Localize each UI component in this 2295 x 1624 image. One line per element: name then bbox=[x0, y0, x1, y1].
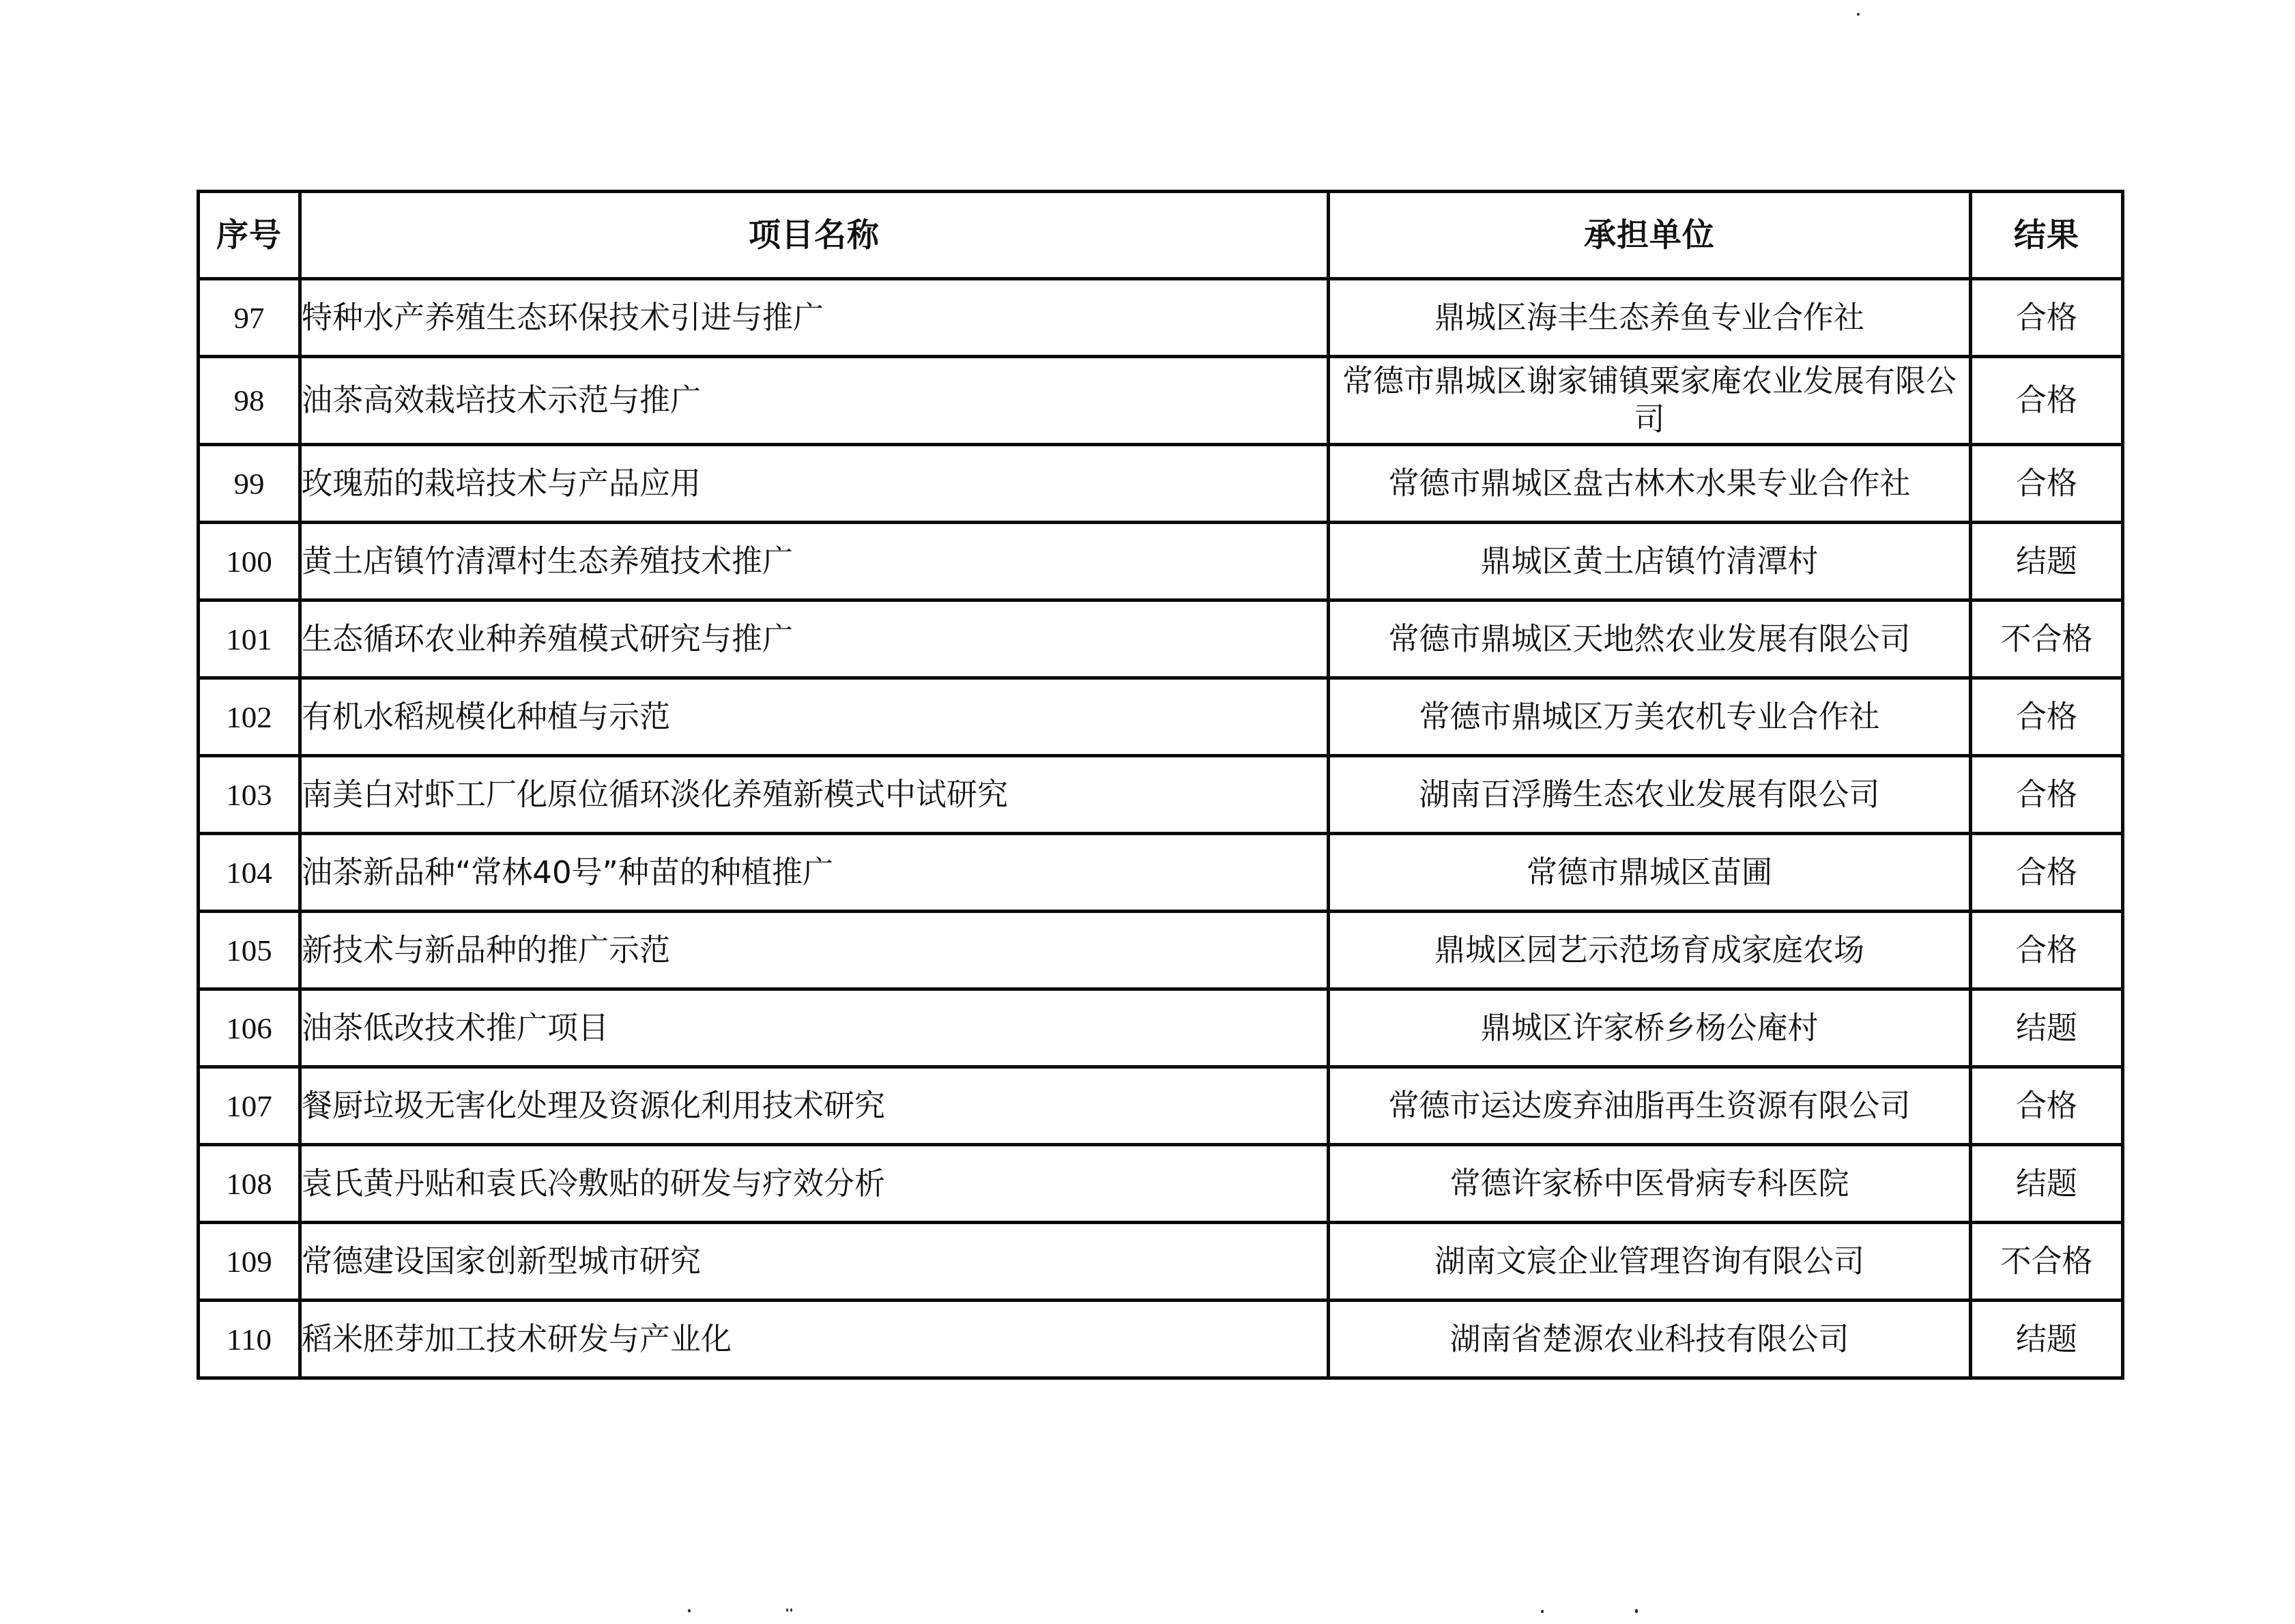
cell-project-name: 袁氏黄丹贴和袁氏冷敷贴的研发与疗效分析 bbox=[300, 1145, 1329, 1223]
cell-project-name: 生态循环农业种养殖模式研究与推广 bbox=[300, 600, 1329, 678]
cell-unit: 湖南百浮腾生态农业发展有限公司 bbox=[1329, 756, 1971, 834]
table-row: 103 南美白对虾工厂化原位循环淡化养殖新模式中试研究 湖南百浮腾生态农业发展有… bbox=[199, 756, 2123, 834]
cell-unit: 常德市鼎城区苗圃 bbox=[1329, 834, 1971, 912]
cell-unit: 鼎城区园艺示范场育成家庭农场 bbox=[1329, 912, 1971, 989]
cell-seq: 97 bbox=[199, 279, 300, 357]
cell-project-name: 玫瑰茄的栽培技术与产品应用 bbox=[300, 445, 1329, 523]
cell-seq: 107 bbox=[199, 1067, 300, 1145]
cell-result: 结题 bbox=[1971, 523, 2123, 600]
cell-seq: 100 bbox=[199, 523, 300, 600]
cell-seq: 105 bbox=[199, 912, 300, 989]
cell-unit: 湖南文宸企业管理咨询有限公司 bbox=[1329, 1223, 1971, 1301]
cell-seq: 110 bbox=[199, 1301, 300, 1378]
table-row: 99 玫瑰茄的栽培技术与产品应用 常德市鼎城区盘古林木水果专业合作社 合格 bbox=[199, 445, 2123, 523]
cell-result: 结题 bbox=[1971, 989, 2123, 1067]
cell-result: 合格 bbox=[1971, 912, 2123, 989]
table-row: 101 生态循环农业种养殖模式研究与推广 常德市鼎城区天地然农业发展有限公司 不… bbox=[199, 600, 2123, 678]
cell-unit: 常德市鼎城区万美农机专业合作社 bbox=[1329, 678, 1971, 756]
table-row: 100 黄土店镇竹清潭村生态养殖技术推广 鼎城区黄土店镇竹清潭村 结题 bbox=[199, 523, 2123, 600]
scan-speck bbox=[790, 1608, 792, 1612]
cell-project-name: 新技术与新品种的推广示范 bbox=[300, 912, 1329, 989]
cell-result: 合格 bbox=[1971, 678, 2123, 756]
header-result: 结果 bbox=[1971, 192, 2123, 279]
cell-result: 不合格 bbox=[1971, 1223, 2123, 1301]
table-row: 98 油茶高效栽培技术示范与推广 常德市鼎城区谢家铺镇粟家庵农业发展有限公司 合… bbox=[199, 357, 2123, 445]
cell-project-name: 特种水产养殖生态环保技术引进与推广 bbox=[300, 279, 1329, 357]
cell-unit: 常德市鼎城区谢家铺镇粟家庵农业发展有限公司 bbox=[1329, 357, 1971, 445]
table-row: 102 有机水稻规模化种植与示范 常德市鼎城区万美农机专业合作社 合格 bbox=[199, 678, 2123, 756]
cell-unit: 鼎城区许家桥乡杨公庵村 bbox=[1329, 989, 1971, 1067]
cell-seq: 99 bbox=[199, 445, 300, 523]
cell-project-name: 有机水稻规模化种植与示范 bbox=[300, 678, 1329, 756]
cell-seq: 106 bbox=[199, 989, 300, 1067]
cell-result: 合格 bbox=[1971, 279, 2123, 357]
cell-result: 合格 bbox=[1971, 357, 2123, 445]
cell-unit: 常德市运达废弃油脂再生资源有限公司 bbox=[1329, 1067, 1971, 1145]
scan-speck bbox=[1541, 1610, 1544, 1613]
cell-unit: 常德许家桥中医骨病专科医院 bbox=[1329, 1145, 1971, 1223]
cell-project-name: 油茶新品种“常林40号”种苗的种植推广 bbox=[300, 834, 1329, 912]
scan-speck bbox=[1635, 1609, 1638, 1613]
cell-result: 结题 bbox=[1971, 1301, 2123, 1378]
table-row: 109 常德建设国家创新型城市研究 湖南文宸企业管理咨询有限公司 不合格 bbox=[199, 1223, 2123, 1301]
header-undertaking-unit: 承担单位 bbox=[1329, 192, 1971, 279]
cell-result: 不合格 bbox=[1971, 600, 2123, 678]
table-header-row: 序号 项目名称 承担单位 结果 bbox=[199, 192, 2123, 279]
scanned-page: 序号 项目名称 承担单位 结果 97 特种水产养殖生态环保技术引进与推广 鼎城区… bbox=[0, 0, 2295, 1624]
cell-seq: 108 bbox=[199, 1145, 300, 1223]
cell-unit: 鼎城区黄土店镇竹清潭村 bbox=[1329, 523, 1971, 600]
table-row: 106 油茶低改技术推广项目 鼎城区许家桥乡杨公庵村 结题 bbox=[199, 989, 2123, 1067]
cell-seq: 98 bbox=[199, 357, 300, 445]
cell-unit: 鼎城区海丰生态养鱼专业合作社 bbox=[1329, 279, 1971, 357]
scan-speck bbox=[786, 1608, 788, 1612]
cell-result: 合格 bbox=[1971, 834, 2123, 912]
table-row: 104 油茶新品种“常林40号”种苗的种植推广 常德市鼎城区苗圃 合格 bbox=[199, 834, 2123, 912]
scan-speck bbox=[688, 1609, 691, 1612]
table-row: 107 餐厨垃圾无害化处理及资源化利用技术研究 常德市运达废弃油脂再生资源有限公… bbox=[199, 1067, 2123, 1145]
cell-project-name: 黄土店镇竹清潭村生态养殖技术推广 bbox=[300, 523, 1329, 600]
cell-project-name: 油茶高效栽培技术示范与推广 bbox=[300, 357, 1329, 445]
project-results-table: 序号 项目名称 承担单位 结果 97 特种水产养殖生态环保技术引进与推广 鼎城区… bbox=[197, 190, 2124, 1380]
table-row: 108 袁氏黄丹贴和袁氏冷敷贴的研发与疗效分析 常德许家桥中医骨病专科医院 结题 bbox=[199, 1145, 2123, 1223]
table-row: 110 稻米胚芽加工技术研发与产业化 湖南省楚源农业科技有限公司 结题 bbox=[199, 1301, 2123, 1378]
cell-project-name: 南美白对虾工厂化原位循环淡化养殖新模式中试研究 bbox=[300, 756, 1329, 834]
cell-result: 结题 bbox=[1971, 1145, 2123, 1223]
header-project-name: 项目名称 bbox=[300, 192, 1329, 279]
cell-project-name: 油茶低改技术推广项目 bbox=[300, 989, 1329, 1067]
table-row: 97 特种水产养殖生态环保技术引进与推广 鼎城区海丰生态养鱼专业合作社 合格 bbox=[199, 279, 2123, 357]
cell-project-name: 常德建设国家创新型城市研究 bbox=[300, 1223, 1329, 1301]
cell-seq: 109 bbox=[199, 1223, 300, 1301]
cell-unit: 常德市鼎城区天地然农业发展有限公司 bbox=[1329, 600, 1971, 678]
cell-seq: 104 bbox=[199, 834, 300, 912]
table-row: 105 新技术与新品种的推广示范 鼎城区园艺示范场育成家庭农场 合格 bbox=[199, 912, 2123, 989]
cell-unit: 湖南省楚源农业科技有限公司 bbox=[1329, 1301, 1971, 1378]
cell-result: 合格 bbox=[1971, 1067, 2123, 1145]
cell-seq: 102 bbox=[199, 678, 300, 756]
cell-seq: 101 bbox=[199, 600, 300, 678]
cell-result: 合格 bbox=[1971, 445, 2123, 523]
cell-unit: 常德市鼎城区盘古林木水果专业合作社 bbox=[1329, 445, 1971, 523]
cell-project-name: 稻米胚芽加工技术研发与产业化 bbox=[300, 1301, 1329, 1378]
cell-seq: 103 bbox=[199, 756, 300, 834]
scan-speck bbox=[1857, 13, 1860, 16]
cell-result: 合格 bbox=[1971, 756, 2123, 834]
cell-project-name: 餐厨垃圾无害化处理及资源化利用技术研究 bbox=[300, 1067, 1329, 1145]
header-seq: 序号 bbox=[199, 192, 300, 279]
